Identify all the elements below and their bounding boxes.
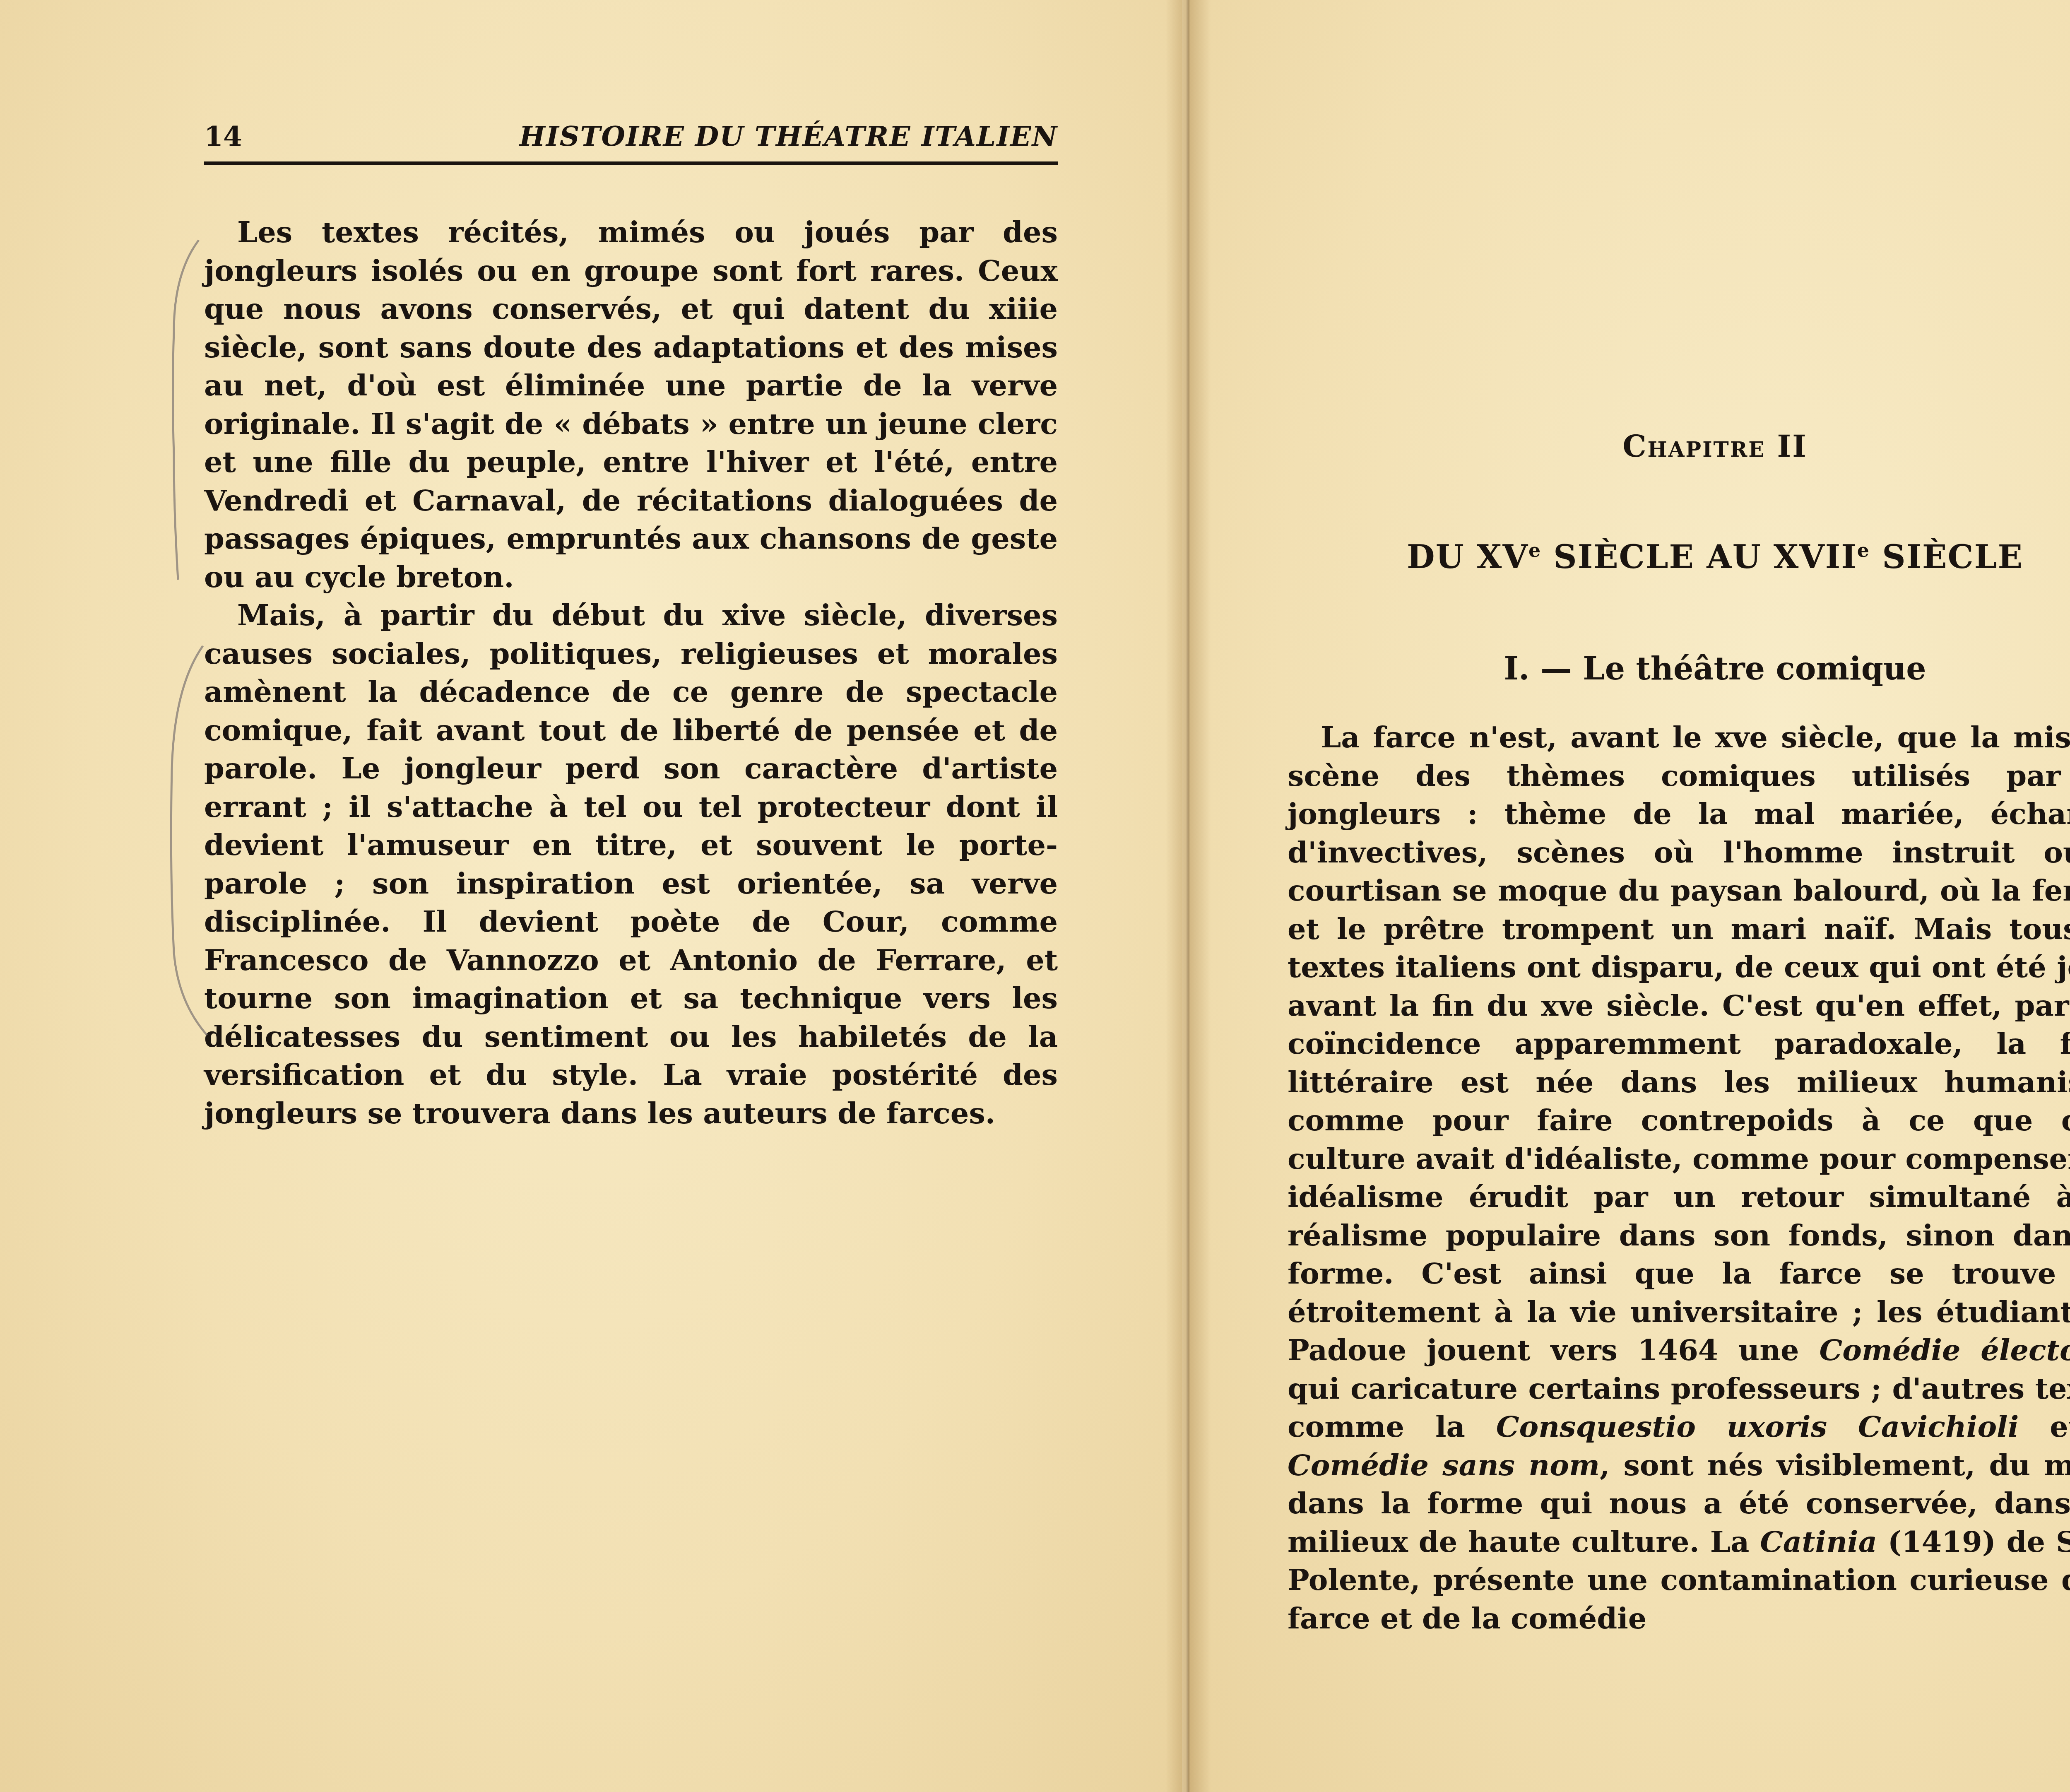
book-gutter — [1165, 0, 1211, 1792]
running-head: 14 HISTOIRE DU THÉATRE ITALIEN — [204, 116, 1058, 165]
italic-title: Catinia — [1760, 1525, 1877, 1559]
paragraph: Les textes récités, mimés ou joués par d… — [204, 213, 1058, 596]
text-segment: et la — [2019, 1409, 2070, 1444]
book-title: HISTOIRE DU THÉATRE ITALIEN — [520, 120, 1058, 152]
text-segment: La farce n'est, avant le xve siècle, que… — [1288, 720, 2070, 1367]
italic-title: Comédie électorale — [1819, 1333, 2070, 1367]
chapter-title-part: DU XV — [1407, 538, 1528, 576]
italic-title: Comédie sans nom — [1288, 1448, 1600, 1482]
chapter-title-part: SIÈCLE — [1870, 538, 2023, 576]
chapter-title: DU XVe SIÈCLE AU XVIIe SIÈCLE — [1288, 538, 2070, 576]
left-page-body: Les textes récités, mimés ou joués par d… — [204, 213, 1058, 1132]
paragraph: Mais, à partir du début du xive siècle, … — [204, 596, 1058, 1132]
superscript: e — [1528, 539, 1541, 561]
book-spread: 14 HISTOIRE DU THÉATRE ITALIEN Les texte… — [0, 0, 2070, 1792]
superscript: e — [1857, 539, 1870, 561]
page-number: 14 — [204, 120, 242, 152]
paragraph: La farce n'est, avant le xve siècle, que… — [1288, 718, 2070, 1638]
chapter-title-part: SIÈCLE AU XVII — [1541, 538, 1857, 576]
section-title: I. — Le théâtre comique — [1288, 650, 2070, 687]
chapter-label: Chapitre II — [1288, 429, 2070, 464]
italic-title: Consquestio uxoris Cavichioli — [1496, 1409, 2019, 1444]
right-page-body: La farce n'est, avant le xve siècle, que… — [1288, 718, 2070, 1638]
